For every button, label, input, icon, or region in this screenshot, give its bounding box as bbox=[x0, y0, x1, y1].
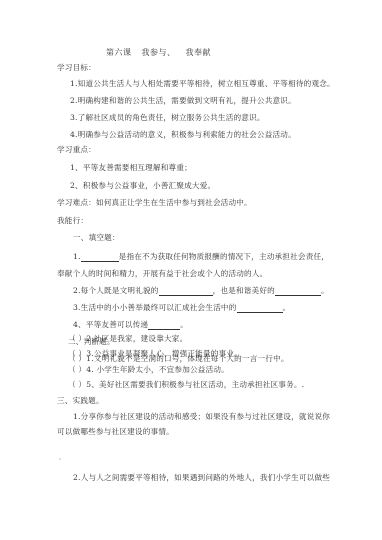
fill-question-1-cont: 奉献个人的时间和精力，开展有益于社会或个人的活动的人。 bbox=[57, 269, 267, 279]
lesson-title-part: 我参与 bbox=[142, 48, 168, 57]
question-text: 3.生活中的小小善举最终可以汇成社会生活中的 bbox=[73, 303, 237, 312]
judge-item: （ ）4. 小学生年龄太小，不宜参加公益活动。 bbox=[68, 365, 229, 375]
answer-blank[interactable] bbox=[81, 253, 119, 262]
fill-question-4: 4、平等友善可以传递。 bbox=[73, 320, 188, 330]
section3-heading: 三、实践题。 bbox=[57, 396, 104, 406]
answer-blank[interactable] bbox=[159, 287, 213, 296]
question-text: ，也是和谐美好的 bbox=[213, 286, 275, 295]
lesson-title-part: 我奉献 bbox=[186, 48, 212, 57]
question-text: 是指在不为获取任何物质报酬的情况下，主动承担社会责任， bbox=[119, 252, 329, 261]
answer-blank[interactable] bbox=[148, 321, 180, 330]
fill-question-2: 2.每个人既是文明礼貌的，也是和谐美好的。 bbox=[73, 286, 329, 296]
objective-item: 3.了解社区成员的角色责任，树立服务公共生活的意识。 bbox=[70, 113, 265, 123]
question-text: 。 bbox=[321, 286, 329, 295]
title-separator: 、 bbox=[167, 48, 176, 57]
objective-item: 1.知道公共生活人与人相处需要平等相待，树立相互尊重、平等相待的观念。 bbox=[70, 79, 335, 89]
can-do-heading: 我能行： bbox=[57, 216, 88, 226]
practice-question-1-cont: 可以做哪些参与社区建设的事情。 bbox=[57, 427, 174, 437]
objectives-heading: 学习目标： bbox=[57, 63, 96, 73]
key-point-item: 1、平等友善需要相互理解和尊重； bbox=[70, 163, 192, 173]
question-text: 4、平等友善可以传递 bbox=[73, 320, 148, 329]
objective-item: 2.明确构建和谐的公共生活，需要做到文明有礼，提升公共意识。 bbox=[70, 96, 296, 106]
question-text: 4. 小学生年龄太小，不宜参加公益活动。 bbox=[86, 365, 229, 374]
answer-paren[interactable]: （ ） bbox=[68, 380, 86, 389]
fill-question-3: 3.生活中的小小善举最终可以汇成社会生活中的。 bbox=[73, 303, 290, 313]
question-text: 2.每个人既是文明礼貌的 bbox=[73, 286, 159, 295]
question-text: 。 bbox=[283, 303, 291, 312]
fill-question-1: 1.是指在不为获取任何物质报酬的情况下，主动承担社会责任， bbox=[73, 252, 329, 262]
practice-question-1: 1.分享你参与社区建设的活动和感受；如果没有参与过社区建设，就说说你 bbox=[73, 412, 330, 422]
difficulty-text: 学习难点：如何真正让学生在生活中参与到社会活动中。 bbox=[57, 198, 252, 208]
lesson-title: 第六课我参与、我奉献 bbox=[106, 48, 211, 58]
question-text: 3.公益事业是凝聚人心、增强正能量的事业。 bbox=[86, 349, 242, 358]
question-text: 2.社区是我家，建设靠大家。 bbox=[86, 334, 187, 343]
lesson-number: 第六课 bbox=[106, 48, 132, 57]
question-number: 1. bbox=[73, 252, 81, 261]
key-points-heading: 学习重点： bbox=[57, 145, 96, 155]
question-text: 。 bbox=[180, 320, 188, 329]
key-point-item: 2、积极参与公益事业，小善汇聚成大爱。 bbox=[70, 181, 215, 191]
section1-heading: 一、填空题： bbox=[73, 233, 120, 243]
answer-blank[interactable] bbox=[275, 287, 321, 296]
answer-paren[interactable]: （ ） bbox=[68, 365, 86, 374]
practice-question-2: 2.人与人之间需要平等相待，如果遇到问路的外地人，我们小学生可以做些 bbox=[73, 473, 330, 483]
objective-item: 4.明确参与公益活动的意义，积极参与利索能力的社会公益活动。 bbox=[70, 130, 296, 140]
question-text: 5、美好社区需要我们积极参与社区活动，主动承担社区事务。. bbox=[86, 380, 304, 389]
answer-paren[interactable]: （ ） bbox=[68, 349, 86, 358]
answer-paren[interactable]: （ ） bbox=[68, 334, 86, 343]
judge-item: （ ）2.社区是我家，建设靠大家。 bbox=[68, 334, 187, 344]
judge-item: （ ）5、美好社区需要我们积极参与社区活动，主动承担社区事务。. bbox=[68, 380, 304, 390]
judge-item: （ ）3.公益事业是凝聚人心、增强正能量的事业。 bbox=[68, 349, 242, 359]
answer-blank[interactable] bbox=[237, 304, 283, 313]
stray-mark bbox=[59, 458, 61, 460]
